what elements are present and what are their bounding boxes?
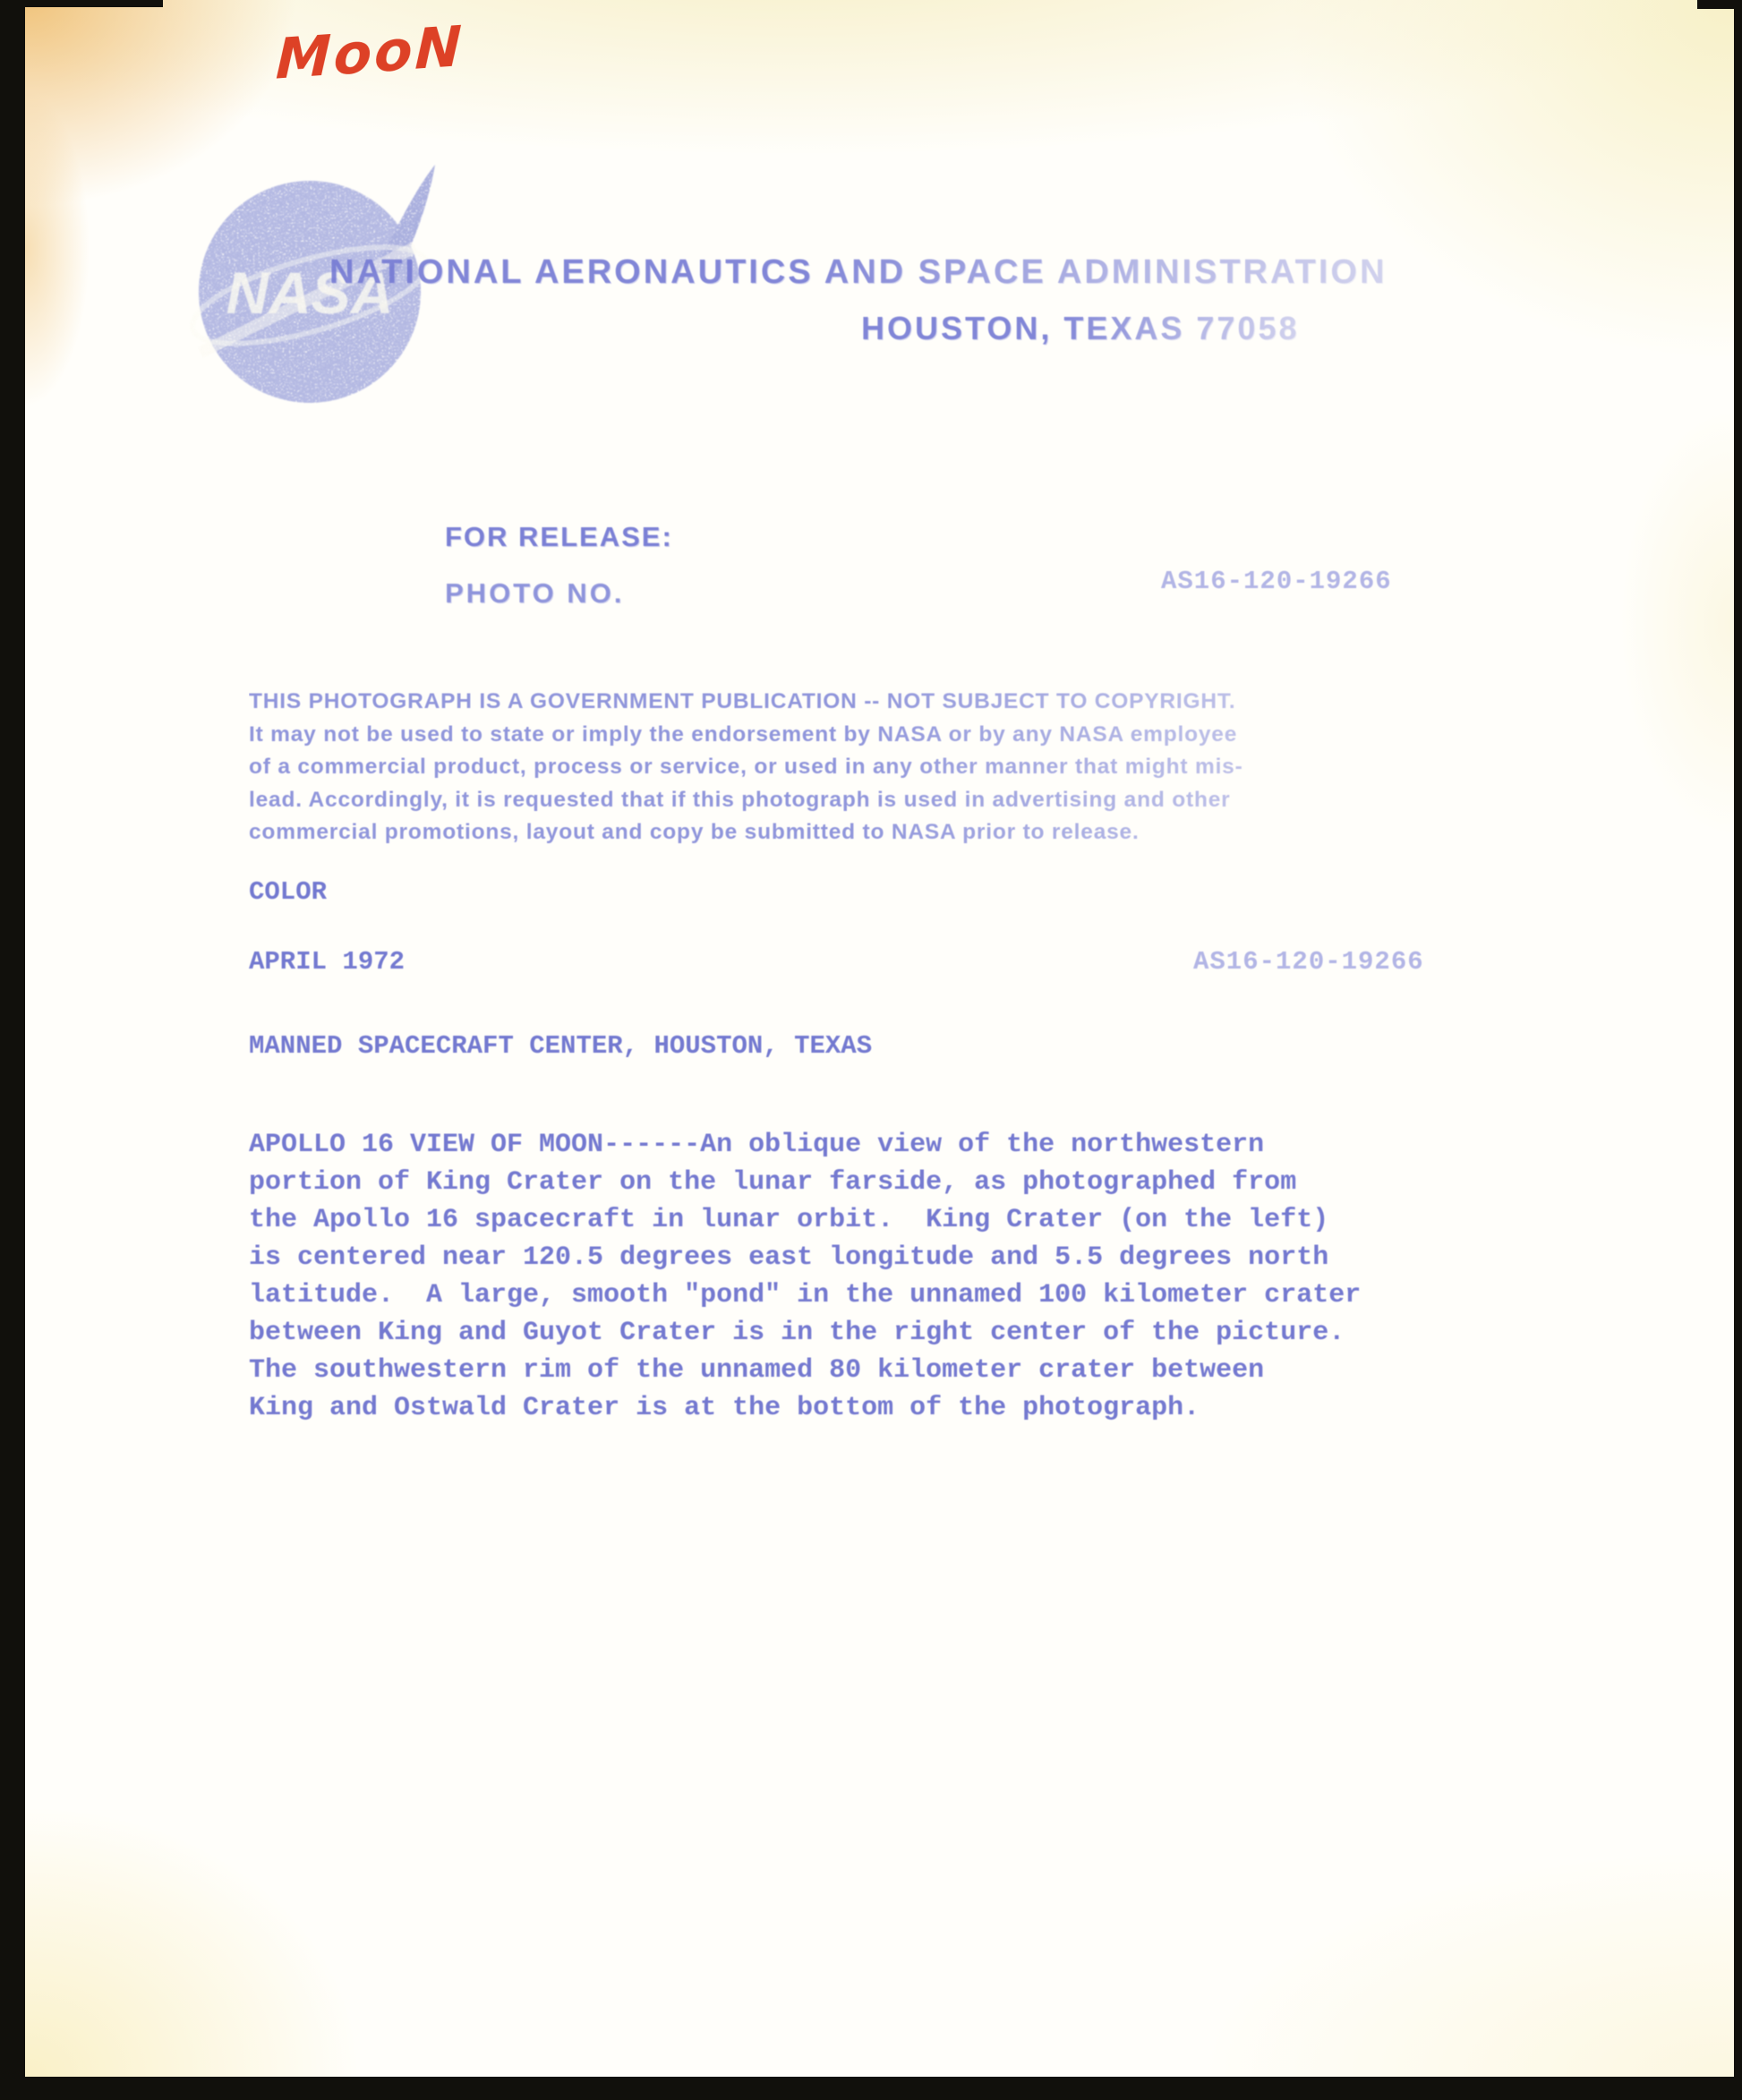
scan-edge-top-left bbox=[0, 0, 163, 7]
caption-line: APOLLO 16 VIEW OF MOON------An oblique v… bbox=[249, 1126, 1361, 1164]
agency-location-stamp: HOUSTON, TEXAS 77058 bbox=[861, 310, 1300, 347]
scan-edge-top-right bbox=[1697, 0, 1742, 9]
disclaimer-line: commercial promotions, layout and copy b… bbox=[249, 816, 1350, 849]
scanned-nasa-photo-release-page: MooN NASA NATIONAL AERONAUTICS AND SPACE… bbox=[0, 0, 1742, 2100]
color-label: COLOR bbox=[249, 877, 327, 907]
caption-line: The southwestern rim of the unnamed 80 k… bbox=[249, 1352, 1361, 1389]
disclaimer-line: lead. Accordingly, it is requested that … bbox=[249, 784, 1350, 817]
for-release-label: FOR RELEASE: bbox=[445, 521, 673, 553]
caption-line: the Apollo 16 spacecraft in lunar orbit.… bbox=[249, 1201, 1361, 1239]
caption-line: latitude. A large, smooth "pond" in the … bbox=[249, 1276, 1361, 1314]
photo-caption: APOLLO 16 VIEW OF MOON------An oblique v… bbox=[249, 1126, 1361, 1427]
disclaimer-line: of a commercial product, process or serv… bbox=[249, 751, 1350, 784]
photo-no-label: PHOTO NO. bbox=[445, 577, 624, 610]
caption-line: is centered near 120.5 degrees east long… bbox=[249, 1239, 1361, 1276]
photo-number-top: AS16-120-19266 bbox=[1161, 567, 1392, 596]
disclaimer-line: THIS PHOTOGRAPH IS A GOVERNMENT PUBLICAT… bbox=[249, 686, 1350, 719]
caption-line: between King and Guyot Crater is in the … bbox=[249, 1314, 1361, 1352]
handwritten-moon-annotation: MooN bbox=[275, 13, 465, 91]
copyright-disclaimer: THIS PHOTOGRAPH IS A GOVERNMENT PUBLICAT… bbox=[249, 686, 1350, 849]
agency-name-stamp: NATIONAL AERONAUTICS AND SPACE ADMINISTR… bbox=[329, 253, 1387, 292]
release-date: APRIL 1972 bbox=[249, 947, 405, 977]
issuing-center: MANNED SPACECRAFT CENTER, HOUSTON, TEXAS bbox=[249, 1031, 872, 1061]
caption-line: King and Ostwald Crater is at the bottom… bbox=[249, 1389, 1361, 1427]
photo-number-repeat: AS16-120-19266 bbox=[1193, 947, 1424, 977]
caption-line: portion of King Crater on the lunar fars… bbox=[249, 1164, 1361, 1201]
disclaimer-line: It may not be used to state or imply the… bbox=[249, 719, 1350, 752]
